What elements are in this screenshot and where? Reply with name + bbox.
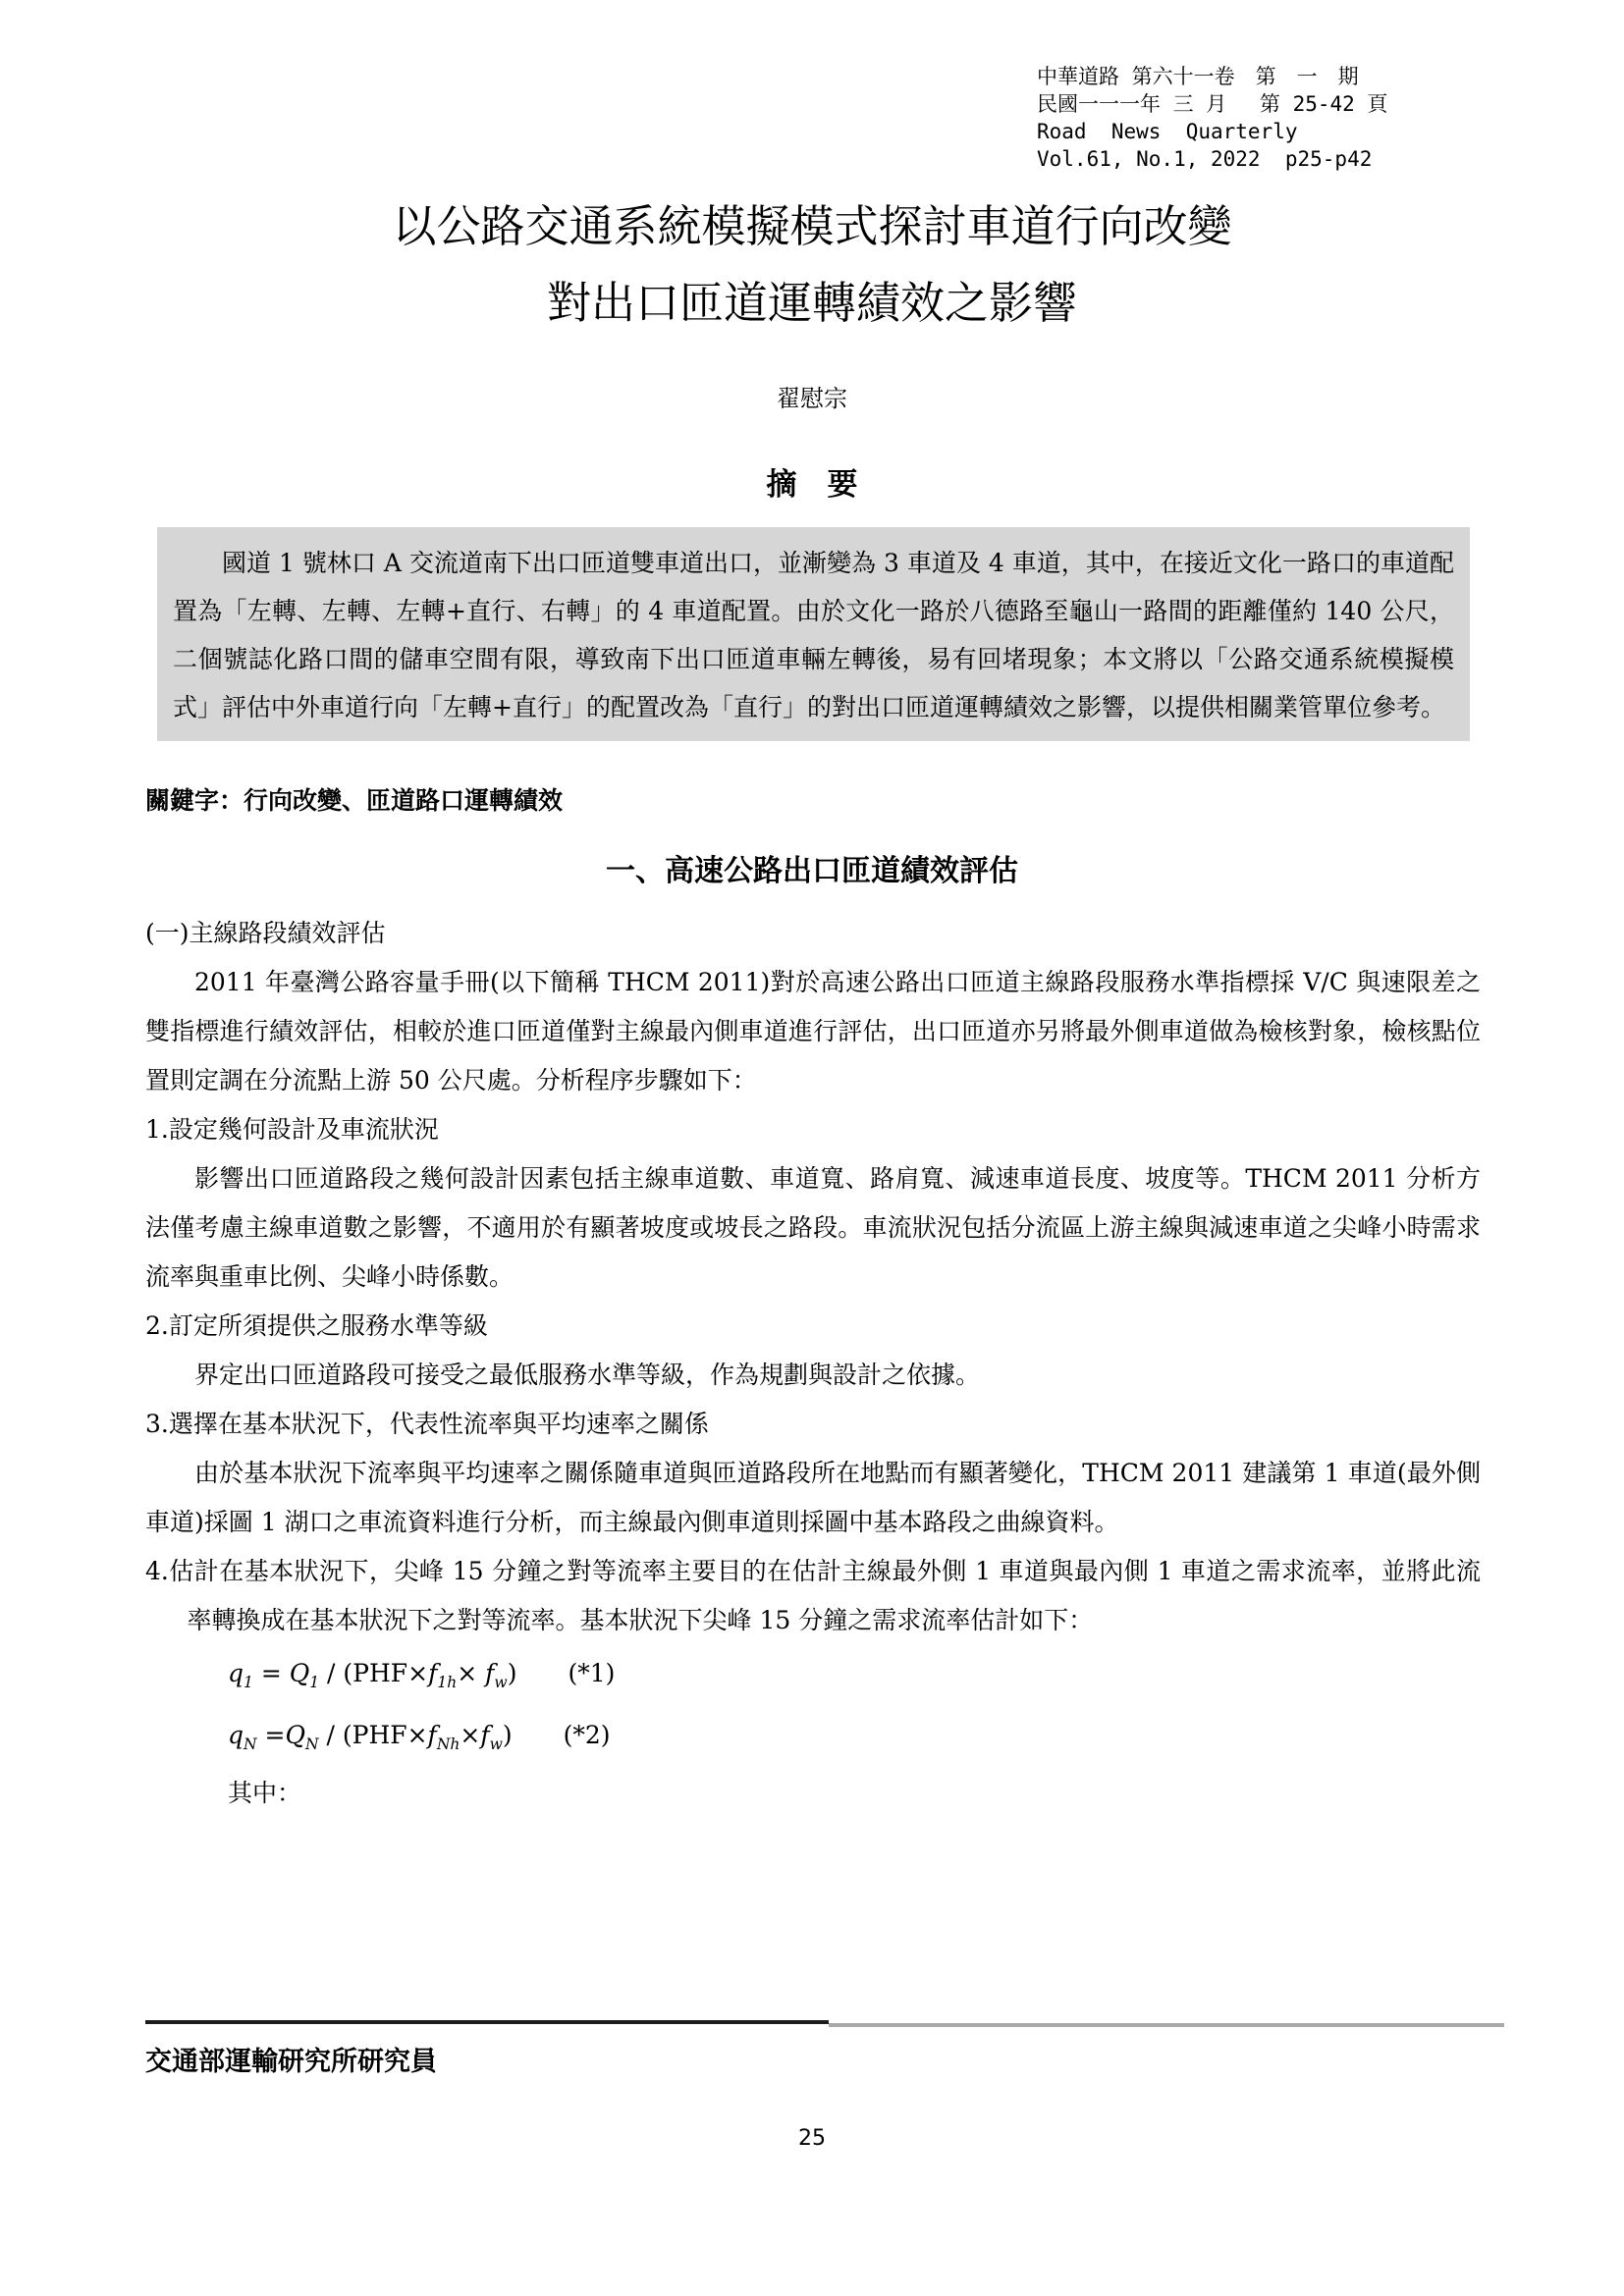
journal-header-name-en: Road News Quarterly [1037,118,1387,145]
equation-number: (*2) [564,1721,611,1749]
paper-title-line1: 以公路交通系統模擬模式探討車道行向改變 [0,188,1624,265]
section-heading: 一、高速公路出口匝道績效評估 [0,846,1624,889]
paragraph: 影響出口匝道路段之幾何設計因素包括主線車道數、車道寬、路肩寬、減速車道長度、坡度… [145,1154,1481,1302]
abstract-box: 國道 1 號林口 A 交流道南下出口匝道雙車道出口，並漸變為 3 車道及 4 車… [157,527,1470,741]
paragraph: 2011 年臺灣公路容量手冊(以下簡稱 THCM 2011)對於高速公路出口匝道… [145,958,1481,1105]
footnote-separator-black [145,2020,829,2024]
author-name: 翟慰宗 [0,379,1624,413]
paper-title: 以公路交通系統模擬模式探討車道行向改變 對出口匝道運轉績效之影響 [0,188,1624,342]
paper-title-line2: 對出口匝道運轉績效之影響 [0,265,1624,342]
abstract-heading: 摘 要 [0,459,1624,504]
paragraph: 由於基本狀況下流率與平均速率之關係隨車道與匝道路段所在地點而有顯著變化，THCM… [145,1449,1481,1547]
formula-1: q1 = Q1 / (PHF×f1h× fw)(*1) [228,1649,1481,1707]
journal-header-issue-en: Vol.61, No.1, 2022 p25-p42 [1037,145,1387,173]
journal-header-volume: 中華道路 第六十一卷 第 一 期 [1037,63,1387,90]
section-body: (一)主線路段績效評估 2011 年臺灣公路容量手冊(以下簡稱 THCM 201… [145,909,1481,1818]
formula-2: qN =QN / (PHF×fNh×fw)(*2) [228,1711,1481,1769]
footnote-separator-gray [829,2023,1504,2027]
step-3-heading: 3.選擇在基本狀況下，代表性流率與平均速率之關係 [145,1400,1481,1449]
abstract-text: 國道 1 號林口 A 交流道南下出口匝道雙車道出口，並漸變為 3 車道及 4 車… [173,539,1454,731]
equation-number: (*1) [568,1659,615,1687]
page-number: 25 [0,2126,1624,2151]
step-4-paragraph: 4.估計在基本狀況下，尖峰 15 分鐘之對等流率主要目的在估計主線最外側 1 車… [145,1547,1481,1645]
wherein-label: 其中： [228,1769,1481,1818]
journal-header: 中華道路 第六十一卷 第 一 期 民國一一一年 三 月 第 25-42 頁 Ro… [1037,63,1387,173]
step-2-heading: 2.訂定所須提供之服務水準等級 [145,1302,1481,1351]
keywords-line: 關鍵字：行向改變、匝道路口運轉績效 [145,781,1481,817]
document-page: 中華道路 第六十一卷 第 一 期 民國一一一年 三 月 第 25-42 頁 Ro… [0,0,1624,2296]
step-1-heading: 1.設定幾何設計及車流狀況 [145,1105,1481,1154]
author-affiliation: 交通部運輸研究所研究員 [145,2040,437,2078]
journal-header-date: 民國一一一年 三 月 第 25-42 頁 [1037,90,1387,118]
paragraph: 界定出口匝道路段可接受之最低服務水準等級，作為規劃與設計之依據。 [145,1351,1481,1400]
subsection-heading: (一)主線路段績效評估 [145,909,1481,958]
